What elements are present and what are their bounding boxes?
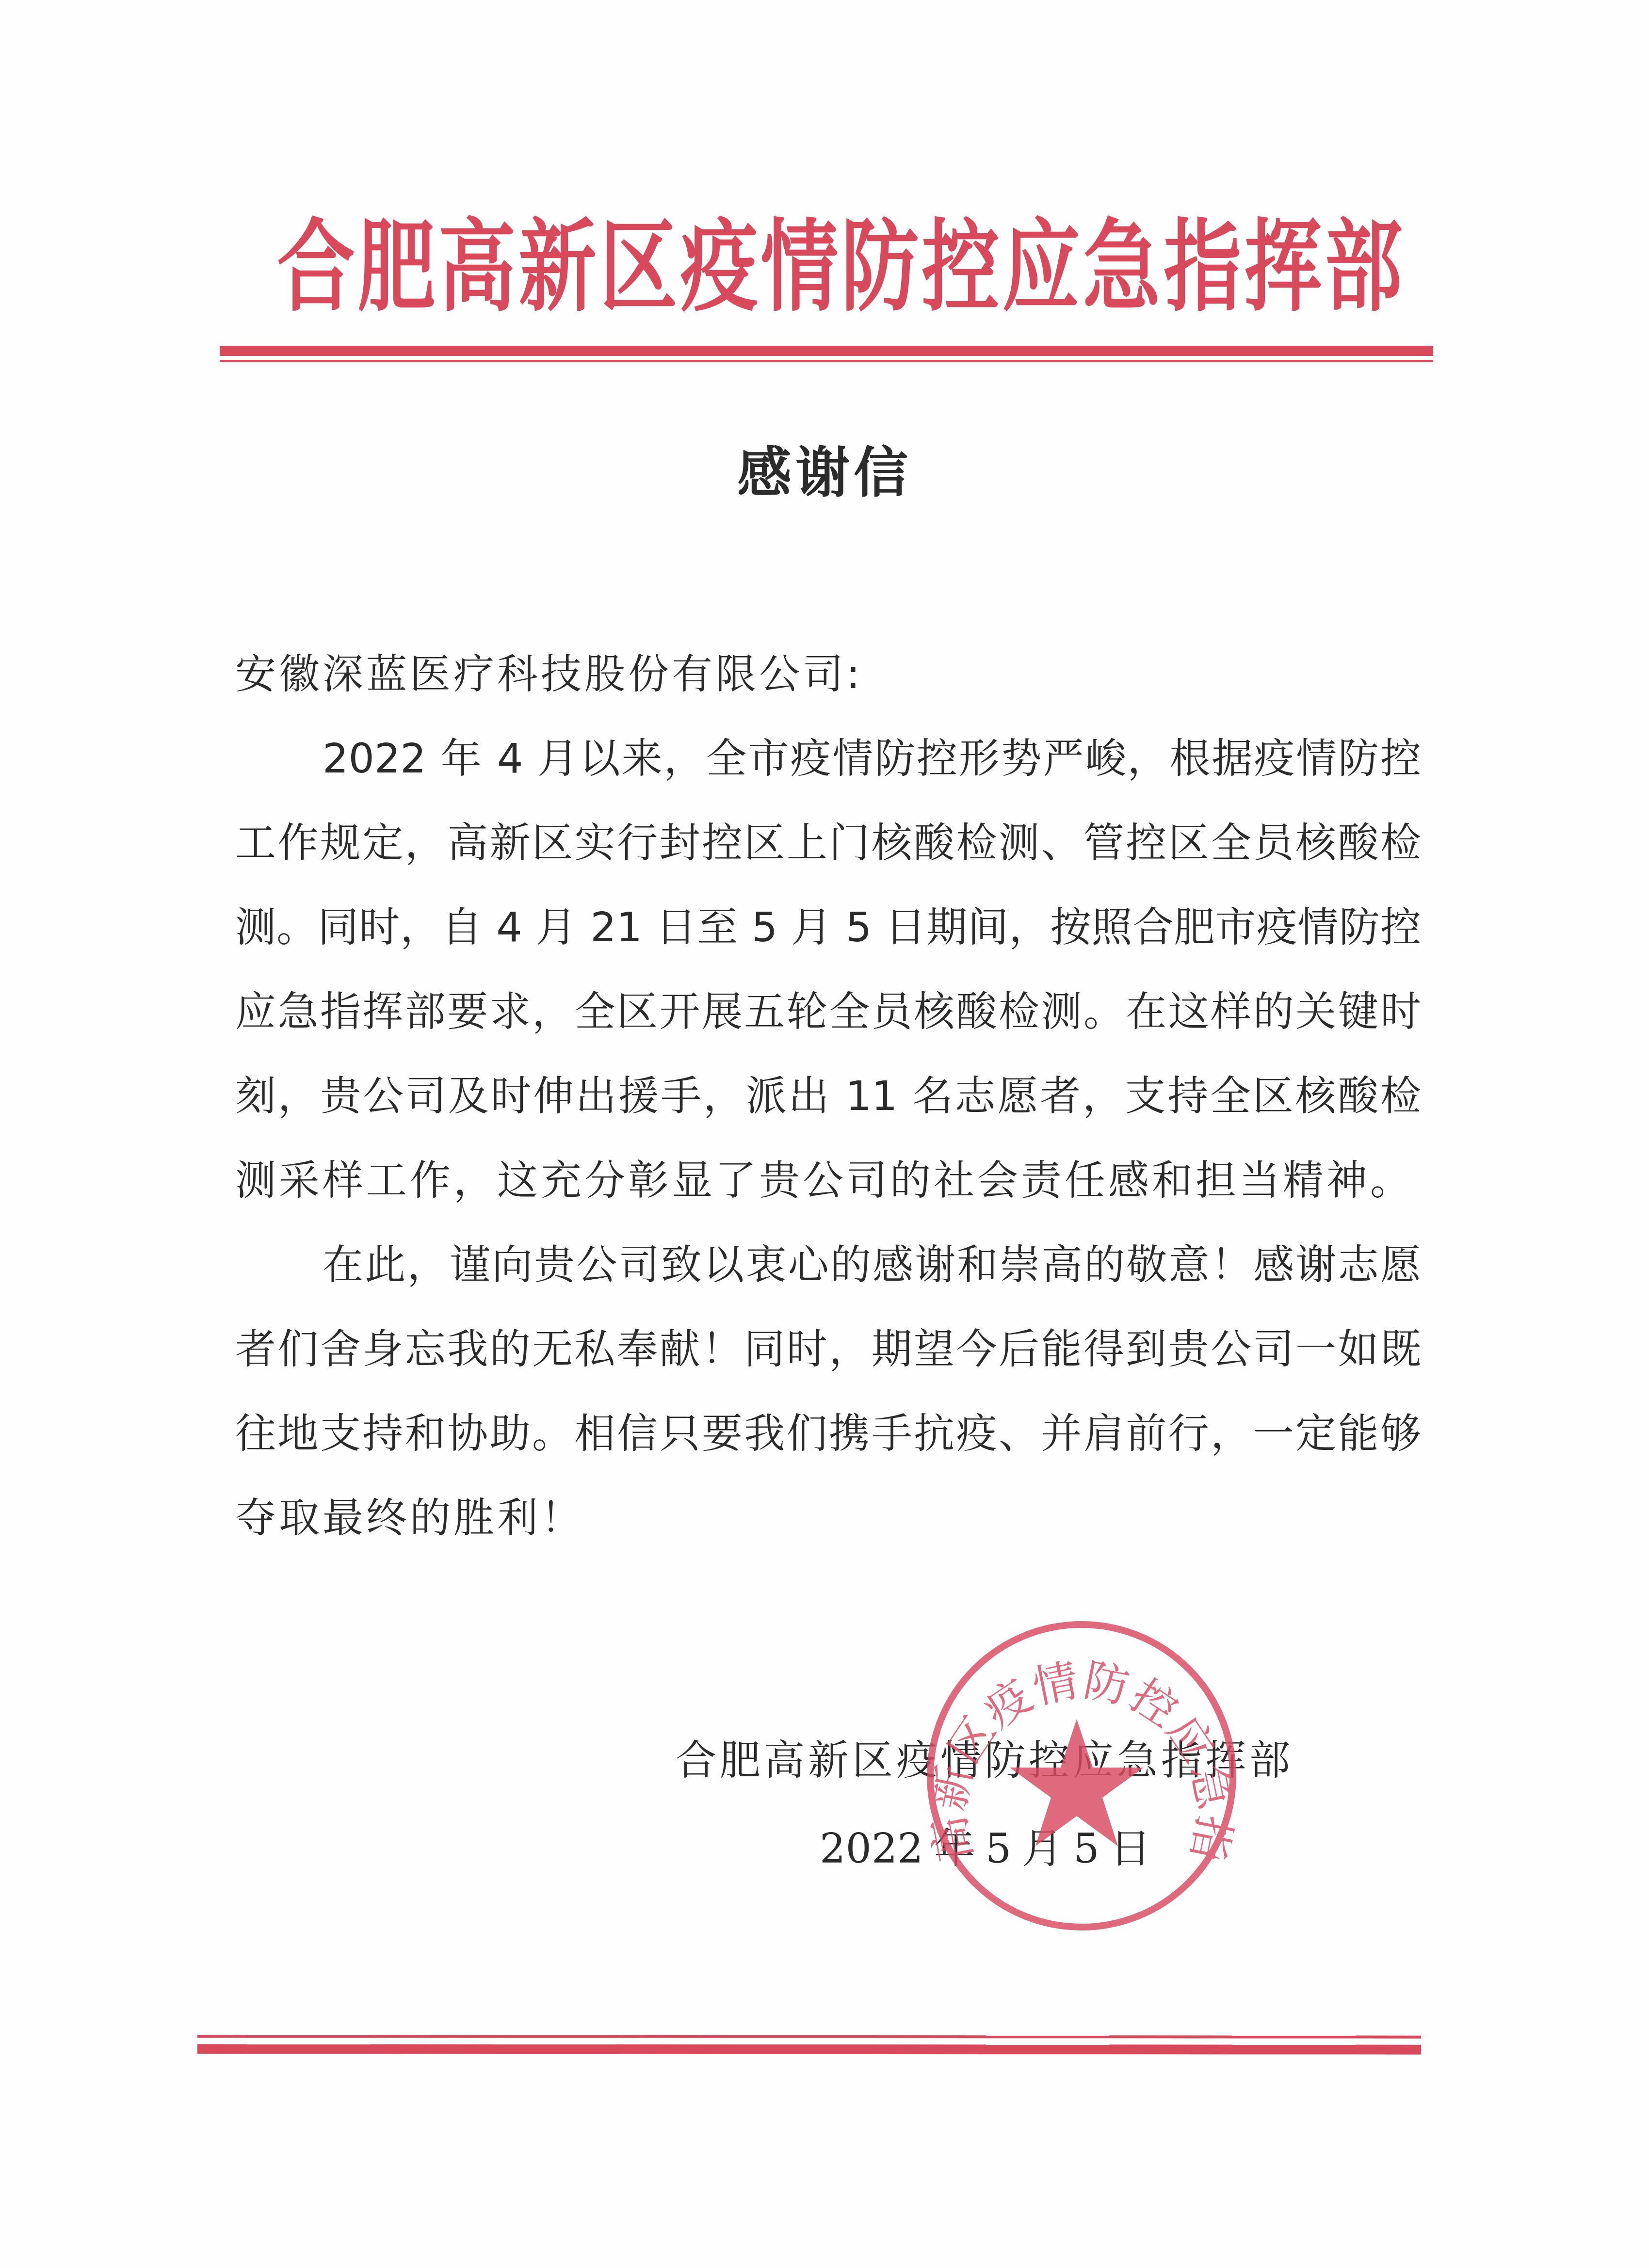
signature-date: 2022年5月5日 <box>820 1828 1162 1869</box>
footer-rule-thin <box>197 2035 1421 2038</box>
footer-rule-thick <box>197 2044 1421 2054</box>
body-line: 测。同时，自 4 月 21 日至 5 月 5 日期间，按照合肥市疫情防控 <box>235 907 1421 948</box>
body-line: 在此，谨向贵公司致以衷心的感谢和崇高的敬意！感谢志愿 <box>323 1244 1421 1285</box>
date-month: 5 <box>986 1825 1011 1872</box>
salutation: 安徽深蓝医疗科技股份有限公司: <box>235 654 863 694</box>
letterhead-char: 应 <box>1002 217 1059 317</box>
body-line: 工作规定，高新区实行封控区上门核酸检测、管控区全员核酸检 <box>235 822 1421 863</box>
letterhead-char: 控 <box>922 217 979 317</box>
date-day-unit: 日 <box>1110 1825 1151 1872</box>
letterhead-rule-thin <box>220 360 1433 362</box>
document-page: 合 肥 高 新 区 疫 情 防 控 应 急 指 挥 部 感谢信 安徽深蓝医疗科技… <box>0 0 1649 2268</box>
body-line: 刻，贵公司及时伸出援手，派出 11 名志愿者，支持全区核酸检 <box>235 1076 1421 1116</box>
letterhead-rule-thick <box>220 346 1433 356</box>
letterhead-char: 新 <box>519 217 576 317</box>
date-year: 2022 <box>820 1825 923 1872</box>
date-day: 5 <box>1073 1825 1099 1872</box>
letterhead-char: 指 <box>1164 217 1220 317</box>
body-line: 者们舍身忘我的无私奉献！同时，期望今后能得到贵公司一如既 <box>235 1329 1421 1369</box>
letterhead-char: 高 <box>438 217 495 317</box>
letterhead-char: 疫 <box>680 217 737 317</box>
date-month-unit: 月 <box>1022 1825 1063 1872</box>
letterhead-char: 部 <box>1325 217 1381 317</box>
body-line: 2022 年 4 月以来，全市疫情防控形势严峻，根据疫情防控 <box>323 738 1421 779</box>
letter-title: 感谢信 <box>0 446 1649 500</box>
letterhead-char: 情 <box>760 217 817 317</box>
date-year-unit: 年 <box>934 1825 975 1872</box>
letterhead-char: 急 <box>1083 217 1140 317</box>
body-line: 应急指挥部要求，全区开展五轮全员核酸检测。在这样的关键时 <box>235 991 1421 1032</box>
letterhead-char: 肥 <box>358 217 415 317</box>
body-line: 测采样工作，这充分彰显了贵公司的社会责任感和担当精神。 <box>235 1160 1421 1201</box>
body-line: 往地支持和协助。相信只要我们携手抗疫、并肩前行，一定能够 <box>235 1413 1421 1454</box>
letterhead-char: 合 <box>277 217 334 317</box>
body-line: 夺取最终的胜利！ <box>235 1497 1421 1538</box>
letterhead-char: 区 <box>599 217 656 317</box>
letterhead-char: 防 <box>841 217 898 317</box>
letterhead-title: 合 肥 高 新 区 疫 情 防 控 应 急 指 挥 部 <box>269 204 1390 330</box>
signature-organization: 合肥高新区疫情防控应急指挥部 <box>676 1740 1293 1781</box>
letterhead-char: 挥 <box>1244 217 1301 317</box>
